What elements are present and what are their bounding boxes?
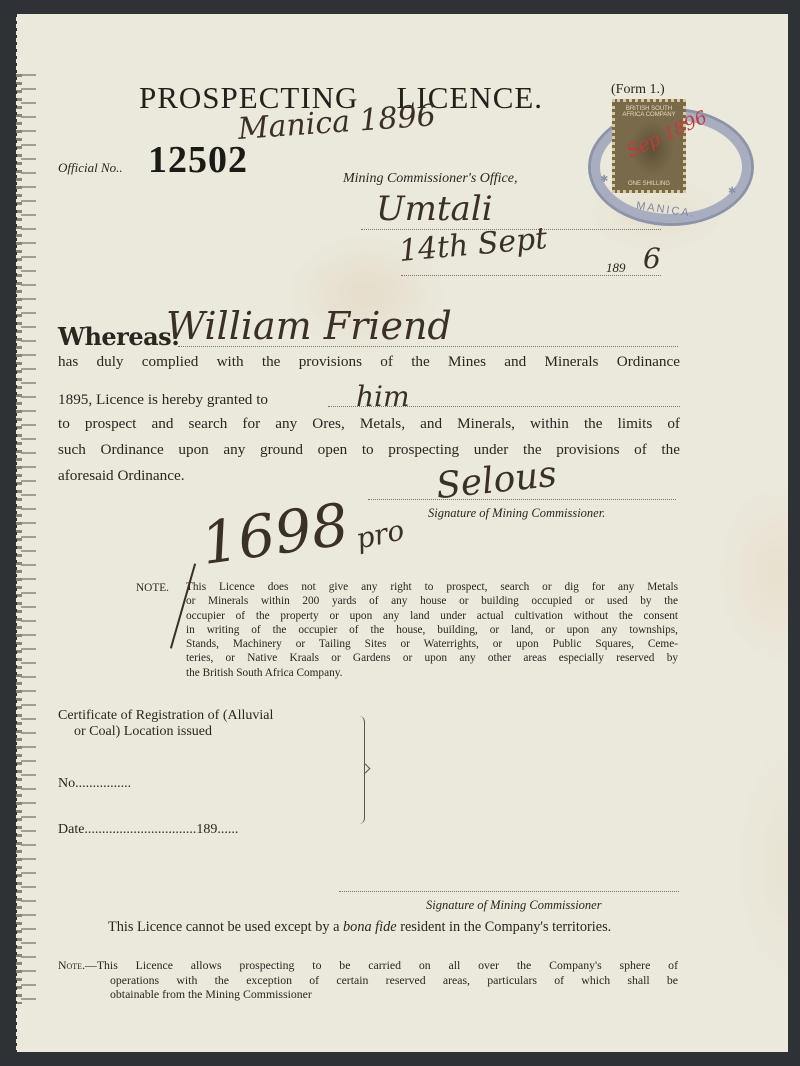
office-place-handwritten: Umtali (376, 189, 493, 229)
note-line: or Minerals within 200 yards of any hous… (186, 594, 678, 608)
note-line: in writing of the occupier of the house,… (186, 623, 678, 637)
office-label: Mining Commissioner's Office, (343, 171, 518, 187)
official-number-label: Official No.. (58, 160, 123, 176)
body-line-4: such Ordinance upon any ground open to p… (58, 440, 680, 460)
whereas-label: Whereas: (58, 322, 180, 351)
footer-note-line-2: operations with the exception of certain… (58, 973, 678, 988)
body-line-5: aforesaid Ordinance. (58, 466, 680, 486)
perforated-stub-edge (16, 74, 36, 1004)
footer-note: Note.—This Licence allows prospecting to… (58, 958, 678, 1002)
footer-note-text: This Licence allows prospecting to be ca… (97, 958, 678, 972)
granted-to-handwritten: him (356, 380, 410, 413)
residency-italic: bona fide (343, 919, 397, 935)
note-line: the British South Africa Company. (186, 666, 678, 680)
residency-clause: This Licence cannot be used except by a … (58, 919, 680, 936)
footer-note-label: Note.— (58, 958, 97, 972)
perforation-teeth (13, 14, 17, 1052)
handwritten-annotation-number: 1698 (197, 490, 353, 578)
certificate-heading-line-1: Certificate of Registration of (Alluvial (58, 707, 273, 724)
body-line-1: has duly complied with the provisions of… (58, 352, 680, 372)
certificate-heading-line-2: or Coal) Location issued (74, 724, 212, 740)
official-number-value: 12502 (148, 138, 248, 182)
residency-text: This Licence cannot be used except by a (108, 919, 339, 935)
commissioner-signature-caption: Signature of Mining Commissioner. (428, 506, 605, 521)
certificate-number-field: No................ (58, 776, 131, 792)
licence-document: PROSPECTINGLICENCE. (Form 1.) Manica 189… (16, 14, 788, 1052)
body-line-3: to prospect and search for any Ores, Met… (58, 414, 680, 434)
certificate-signature-line (339, 890, 679, 892)
footer-note-line-1: Note.—This Licence allows prospecting to… (58, 958, 678, 973)
certificate-date-field: Date................................189.… (58, 822, 238, 838)
footer-note-line-3: obtainable from the Mining Commissioner (58, 987, 678, 1002)
year-handwritten: 6 (643, 242, 661, 275)
postage-stamp-value: ONE SHILLING (615, 181, 683, 187)
handwritten-annotation-pro: pro (353, 513, 407, 555)
form-number-label: (Form 1.) (611, 82, 665, 98)
note-line: teries, or Native Kraals or Gardens or u… (186, 651, 678, 665)
residency-text: resident in the Company's territories. (400, 919, 611, 935)
licensee-name-handwritten: William Friend (166, 304, 452, 348)
stamp-star-icon: ✱ (600, 174, 608, 185)
note-line: occupier of the property or upon any lan… (186, 609, 678, 623)
stamp-star-icon: ✱ (728, 186, 736, 197)
note-body: This Licence does not give any right to … (186, 580, 678, 680)
note-line: This Licence does not give any right to … (186, 580, 678, 594)
year-printed: 189 (606, 260, 626, 276)
certificate-signature-caption: Signature of Mining Commissioner (426, 898, 602, 913)
note-line: Stands, Machinery or Tailing Sites or Wa… (186, 637, 678, 651)
postage-stamp-issuer: BRITISH SOUTH AFRICA COMPANY (615, 106, 683, 118)
note-label: NOTE. (136, 582, 169, 594)
